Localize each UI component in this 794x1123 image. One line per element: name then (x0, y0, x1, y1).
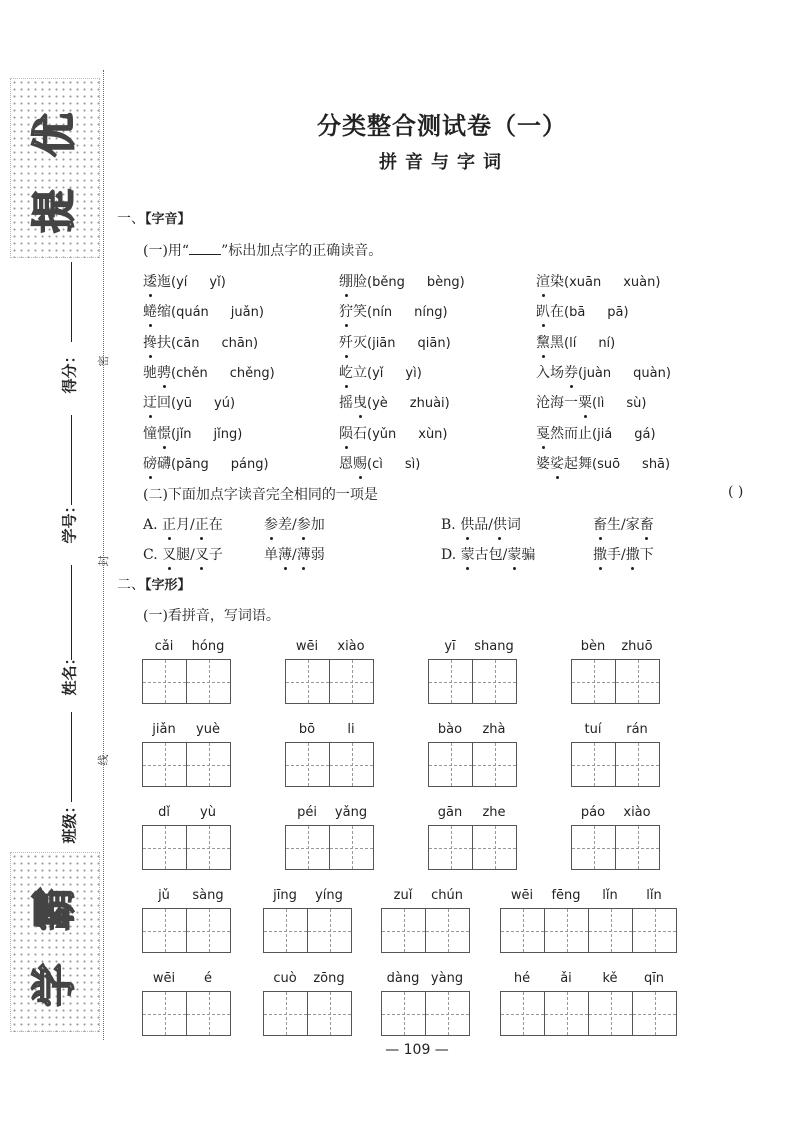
writing-grid: wēié (142, 970, 231, 1036)
dotted-char: 骋 (157, 362, 171, 382)
pronunciation-item[interactable]: 恩赐(cìsì) (339, 453, 420, 473)
dotted-char: 屹 (339, 362, 353, 382)
writing-grid: wēixiào (285, 638, 374, 704)
pronunciation-item[interactable]: 迂回(yūyú) (143, 392, 235, 412)
pinyin-row: gānzhe (428, 804, 517, 822)
writing-cell[interactable] (426, 909, 470, 952)
paren-close: ) (624, 305, 629, 320)
writing-grid: zuǐchún (381, 887, 470, 953)
writing-cell[interactable] (187, 660, 231, 703)
pinyin-option-2[interactable]: páng (231, 457, 264, 472)
pinyin-option-2[interactable]: sì (405, 457, 415, 472)
banner-char: 霸 (27, 881, 83, 937)
score-field[interactable] (71, 262, 72, 342)
writing-cell[interactable] (429, 743, 473, 786)
pinyin-row: zuǐchún (381, 887, 470, 905)
writing-cell[interactable] (264, 909, 308, 952)
writing-grid: péiyǎng (285, 804, 374, 870)
section-heading-zi-xing: 二、【字形】 (117, 574, 191, 594)
dotted-char: 趴 (536, 301, 550, 321)
option-word: 畜生/家畜 (593, 517, 654, 533)
pinyin-option-2[interactable]: zhuài (410, 396, 445, 411)
section-tag: 【字形】 (145, 578, 191, 593)
pronunciation-item[interactable]: 逶迤(yíyǐ) (143, 271, 226, 291)
pinyin-syllable: lǐn (588, 887, 632, 905)
pinyin-syllable: wēi (142, 970, 186, 988)
pinyin-syllable: péi (285, 804, 329, 822)
option-d[interactable]: D. 蒙古包/蒙骗 (441, 544, 535, 564)
pronunciation-item[interactable]: 摇曳(yèzhuài) (339, 392, 450, 412)
writing-cell[interactable] (572, 743, 616, 786)
dotted-char: 迂 (143, 392, 157, 412)
writing-grid: jīngyíng (263, 887, 352, 953)
pinyin-option-2[interactable]: chěng (230, 366, 270, 381)
word-post: 扶 (157, 335, 171, 351)
pinyin-option-2[interactable]: chān (221, 336, 253, 351)
paren-close: ) (253, 336, 258, 351)
pinyin-option-1[interactable]: yū (176, 396, 192, 411)
writing-cell[interactable] (308, 992, 352, 1035)
tianzige-cells (285, 659, 374, 704)
word-post: 灭 (353, 335, 367, 351)
pinyin-syllable: jiǎn (142, 721, 186, 739)
pinyin-syllable: yuè (186, 721, 230, 739)
writing-cell[interactable] (429, 826, 473, 869)
word-post: 迤 (157, 274, 171, 290)
writing-cell[interactable] (143, 743, 187, 786)
pinyin-option-1[interactable]: xuān (569, 275, 601, 290)
paren-close: ) (641, 396, 646, 411)
pinyin-option-1[interactable]: pāng (176, 457, 209, 472)
pinyin-option-2[interactable]: yì (405, 366, 416, 381)
banner-char: 提 (27, 183, 83, 239)
name-label: 姓名： (59, 666, 80, 696)
writing-cell[interactable] (187, 992, 231, 1035)
dotted-char: 曳 (353, 392, 367, 412)
pronunciation-item[interactable]: 憧憬(jǐnjǐng) (143, 423, 242, 443)
writing-cell[interactable] (308, 909, 352, 952)
tianzige-cells (500, 991, 677, 1036)
option-letter: B. (441, 517, 456, 533)
pinyin-option-1[interactable]: yǐ (372, 366, 383, 381)
pinyin-syllable: dǐ (142, 804, 186, 822)
pinyin-row: dàngyàng (381, 970, 470, 988)
pinyin-syllable: yíng (307, 887, 351, 905)
tianzige-cells (428, 742, 517, 787)
writing-cell[interactable] (473, 826, 517, 869)
pinyin-syllable: shang (472, 638, 516, 656)
option-word: 正月/正在 (162, 517, 223, 533)
pinyin-syllable: bō (285, 721, 329, 739)
option-letter: C. (143, 547, 158, 563)
word-post: 回 (157, 395, 171, 411)
pinyin-row: cǎihóng (142, 638, 231, 656)
pinyin-option-1[interactable]: cān (176, 336, 199, 351)
paren-close: ) (666, 366, 671, 381)
dotted-char: 蜷 (143, 301, 157, 321)
paren-close: ) (460, 275, 465, 290)
writing-cell[interactable] (572, 660, 616, 703)
writing-grid: tuírán (571, 721, 660, 787)
pinyin-option-1[interactable]: běng (372, 275, 405, 290)
pinyin-row: jiǎnyuè (142, 721, 231, 739)
pinyin-syllable: chún (425, 887, 469, 905)
pronunciation-item[interactable]: 婆娑起舞(suōshā) (536, 453, 670, 473)
writing-cell[interactable] (616, 826, 660, 869)
pinyin-option-2[interactable]: ní (598, 336, 610, 351)
pronunciation-item[interactable]: 驰骋(chěnchěng) (143, 362, 275, 382)
paren-close: ) (446, 336, 451, 351)
option-d-word2: 撒手/撒下 (593, 544, 654, 564)
word-post: 缩 (157, 304, 171, 320)
tianzige-cells (285, 742, 374, 787)
option-word: 供品/供词 (460, 517, 521, 533)
dotted-char: 券 (564, 362, 578, 382)
writing-cell[interactable] (589, 909, 633, 952)
word-post: 立 (353, 365, 367, 381)
pinyin-row: yīshang (428, 638, 517, 656)
pinyin-option-2[interactable]: gá (634, 427, 650, 442)
pronunciation-item[interactable]: 屹立(yǐyì) (339, 362, 422, 382)
student-id-field[interactable] (71, 415, 72, 505)
pronunciation-item[interactable]: 趴在(bāpā) (536, 301, 629, 321)
writing-cell[interactable] (545, 909, 589, 952)
pinyin-option-1[interactable]: jiān (372, 336, 395, 351)
writing-grid: dàngyàng (381, 970, 470, 1036)
dotted-char: 娑 (550, 453, 564, 473)
pinyin-option-1[interactable]: chěn (176, 366, 208, 381)
option-letter: A. (143, 517, 158, 533)
pinyin-row: cuòzōng (263, 970, 352, 988)
tianzige-cells (381, 991, 470, 1036)
writing-cell[interactable] (187, 743, 231, 786)
dotted-char: 渲 (536, 271, 550, 291)
banner-char: 学 (27, 957, 83, 1013)
pinyin-option-1[interactable]: yí (176, 275, 187, 290)
writing-cell[interactable] (187, 826, 231, 869)
writing-cell[interactable] (330, 660, 374, 703)
writing-grid: cuòzōng (263, 970, 352, 1036)
question-part2: (二)下面加点字读音完全相同的一项是 (143, 484, 378, 504)
dotted-char: 绷 (339, 271, 353, 291)
writing-cell[interactable] (286, 660, 330, 703)
option-c[interactable]: C. 叉腿/叉子 (143, 544, 223, 564)
pinyin-option-2[interactable]: qiān (418, 336, 446, 351)
pinyin-syllable: fēng (544, 887, 588, 905)
pinyin-row: wēixiào (285, 638, 374, 656)
word-post: 笑 (353, 304, 367, 320)
page-number: — 109 — (0, 1042, 794, 1058)
dotted-char: 狞 (339, 301, 353, 321)
paren-close: ) (655, 275, 660, 290)
instr-text: ”标出加点字的正确读音。 (221, 243, 382, 259)
pronunciation-item[interactable]: 蜷缩(quánjuǎn) (143, 301, 264, 321)
writing-cell[interactable] (286, 826, 330, 869)
writing-grid: wēifēnglǐnlǐn (500, 887, 677, 953)
tianzige-cells (500, 908, 677, 953)
pinyin-option-2[interactable]: xùn (418, 427, 442, 442)
option-letter: D. (441, 547, 456, 563)
pinyin-syllable: rán (615, 721, 659, 739)
writing-cell[interactable] (633, 909, 677, 952)
student-id-label: 学号： (59, 514, 80, 544)
pinyin-syllable: zuǐ (381, 887, 425, 905)
writing-cell[interactable] (143, 826, 187, 869)
pinyin-option-1[interactable]: cì (372, 457, 383, 472)
writing-cell[interactable] (589, 992, 633, 1035)
pinyin-option-1[interactable]: lí (569, 336, 576, 351)
pronunciation-item[interactable]: 戛然而止(jiágá) (536, 423, 656, 443)
word-pre: 驰 (143, 365, 157, 381)
class-label: 班级： (59, 814, 80, 844)
writing-grid: héǎikěqīn (500, 970, 677, 1036)
pinyin-option-1[interactable]: jǐn (176, 427, 191, 442)
option-word: 单薄/薄弱 (264, 547, 325, 563)
pinyin-row: tuírán (571, 721, 660, 739)
option-word: 蒙古包/蒙骗 (461, 547, 536, 563)
pinyin-option-2[interactable]: bèng (427, 275, 460, 290)
pronunciation-item[interactable]: 磅礴(pāngpáng) (143, 453, 269, 473)
tianzige-cells (428, 659, 517, 704)
pinyin-syllable: zhuō (615, 638, 659, 656)
pinyin-syllable: zhà (472, 721, 516, 739)
writing-grid: jǔsàng (142, 887, 231, 953)
writing-cell[interactable] (473, 660, 517, 703)
tianzige-cells (285, 825, 374, 870)
pinyin-option-1[interactable]: lì (597, 396, 604, 411)
pinyin-row: péiyǎng (285, 804, 374, 822)
pinyin-option-1[interactable]: yè (372, 396, 388, 411)
paren-close: ) (415, 457, 420, 472)
cut-mark-feng: 封 (95, 553, 111, 569)
pinyin-syllable: xiào (329, 638, 373, 656)
tianzige-cells (142, 991, 231, 1036)
paren-close: ) (665, 457, 670, 472)
pinyin-row: wēié (142, 970, 231, 988)
pinyin-syllable: bào (428, 721, 472, 739)
score-label: 得分： (59, 364, 80, 394)
writing-grid: bènzhuō (571, 638, 660, 704)
writing-cell[interactable] (572, 826, 616, 869)
tianzige-cells (381, 908, 470, 953)
option-a-word2: 参差/参加 (264, 514, 325, 534)
writing-cell[interactable] (286, 743, 330, 786)
pinyin-syllable: zōng (307, 970, 351, 988)
writing-cell[interactable] (426, 992, 470, 1035)
pinyin-syllable: dàng (381, 970, 425, 988)
pinyin-syllable: yī (428, 638, 472, 656)
pinyin-option-2[interactable]: jǐng (214, 427, 238, 442)
writing-cell[interactable] (187, 909, 231, 952)
word-post: 在 (550, 304, 564, 320)
word-post: 石 (353, 426, 367, 442)
paren-close: ) (259, 305, 264, 320)
answer-blank[interactable]: ( ) (728, 484, 743, 500)
section-tag: 【字音】 (145, 212, 191, 227)
writing-cell[interactable] (429, 660, 473, 703)
pinyin-syllable: cuò (263, 970, 307, 988)
paren-close: ) (610, 336, 615, 351)
pinyin-row: dǐyù (142, 804, 231, 822)
writing-cell[interactable] (501, 992, 545, 1035)
pinyin-syllable: lǐn (632, 887, 676, 905)
pinyin-syllable: wēi (285, 638, 329, 656)
pinyin-syllable: yù (186, 804, 230, 822)
writing-cell[interactable] (264, 992, 308, 1035)
pinyin-syllable: jǔ (142, 887, 186, 905)
pinyin-option-2[interactable]: shā (642, 457, 665, 472)
pinyin-option-2[interactable]: yǐ (209, 275, 220, 290)
word-pre: 摇 (339, 395, 353, 411)
pinyin-option-2[interactable]: juǎn (231, 305, 259, 320)
instruction-part1: (一)用“”标出加点字的正确读音。 (143, 240, 382, 260)
option-a[interactable]: A. 正月/正在 (143, 514, 223, 534)
section-number: 一、 (117, 211, 145, 227)
dotted-char: 磅 (143, 453, 157, 473)
dotted-char: 赐 (353, 453, 367, 473)
pinyin-row: jīngyíng (263, 887, 352, 905)
tianzige-cells (428, 825, 517, 870)
pinyin-syllable: é (186, 970, 230, 988)
tianzige-cells (571, 659, 660, 704)
pronunciation-item[interactable]: 黧黑(líní) (536, 332, 615, 352)
option-c-word2: 单薄/薄弱 (264, 544, 325, 564)
paren-close: ) (442, 427, 447, 442)
pinyin-syllable: jīng (263, 887, 307, 905)
pinyin-syllable: xiào (615, 804, 659, 822)
pronunciation-item[interactable]: 搀扶(cānchān) (143, 332, 258, 352)
pinyin-option-1[interactable]: quán (176, 305, 209, 320)
word-post: 脸 (353, 274, 367, 290)
pronunciation-item[interactable]: 狞笑(nínníng) (339, 301, 448, 321)
tianzige-cells (142, 742, 231, 787)
pronunciation-item[interactable]: 歼灭(jiānqiān) (339, 332, 451, 352)
pinyin-option-2[interactable]: pā (607, 305, 623, 320)
pinyin-option-2[interactable]: sù (626, 396, 641, 411)
word-pre: 入场 (536, 365, 564, 381)
paren-close: ) (445, 396, 450, 411)
pinyin-syllable: hé (500, 970, 544, 988)
writing-cell[interactable] (382, 909, 426, 952)
writing-grid: cǎihóng (142, 638, 231, 704)
option-word: 撒手/撒下 (593, 547, 654, 563)
pinyin-syllable: zhe (472, 804, 516, 822)
writing-cell[interactable] (143, 660, 187, 703)
pronunciation-item[interactable]: 绷脸(běngbèng) (339, 271, 465, 291)
pinyin-syllable: cǎi (142, 638, 186, 656)
pinyin-syllable: yàng (425, 970, 469, 988)
writing-grid: bōli (285, 721, 374, 787)
word-pre: 憧 (143, 426, 157, 442)
paren-close: ) (270, 366, 275, 381)
word-post: 起舞 (564, 456, 592, 472)
underline-sample (189, 242, 221, 255)
writing-cell[interactable] (633, 992, 677, 1035)
pinyin-option-2[interactable]: yú (214, 396, 230, 411)
writing-grid: bàozhà (428, 721, 517, 787)
pinyin-option-1[interactable]: juàn (583, 366, 611, 381)
pinyin-option-2[interactable]: níng (414, 305, 442, 320)
writing-cell[interactable] (143, 909, 187, 952)
writing-cell[interactable] (616, 743, 660, 786)
writing-cell[interactable] (382, 992, 426, 1035)
pinyin-syllable: sàng (186, 887, 230, 905)
word-pre: 恩 (339, 456, 353, 472)
section-number: 二、 (117, 577, 145, 593)
pinyin-option-2[interactable]: xuàn (623, 275, 655, 290)
dotted-char: 歼 (339, 332, 353, 352)
dotted-char: 戛 (536, 423, 550, 443)
pinyin-option-1[interactable]: nín (372, 305, 392, 320)
pronunciation-item[interactable]: 渲染(xuānxuàn) (536, 271, 660, 291)
pinyin-option-1[interactable]: bā (569, 305, 585, 320)
writing-grid: dǐyù (142, 804, 231, 870)
writing-grid: páoxiào (571, 804, 660, 870)
pinyin-syllable: tuí (571, 721, 615, 739)
section-heading-zi-yin: 一、【字音】 (117, 208, 191, 228)
dotted-char: 搀 (143, 332, 157, 352)
tianzige-cells (142, 659, 231, 704)
paren-close: ) (417, 366, 422, 381)
pinyin-syllable: páo (571, 804, 615, 822)
word-post: 黑 (550, 335, 564, 351)
pinyin-option-1[interactable]: jiá (597, 427, 612, 442)
dotted-char: 粟 (578, 392, 592, 412)
writing-cell[interactable] (473, 743, 517, 786)
pinyin-option-1[interactable]: suō (597, 457, 620, 472)
name-field[interactable] (71, 565, 72, 660)
writing-grid: jiǎnyuè (142, 721, 231, 787)
pronunciation-item[interactable]: 沧海一粟(lìsù) (536, 392, 646, 412)
pinyin-row: jǔsàng (142, 887, 231, 905)
option-word: 参差/参加 (264, 517, 325, 533)
writing-grid: gānzhe (428, 804, 517, 870)
writing-cell[interactable] (143, 992, 187, 1035)
writing-cell[interactable] (330, 743, 374, 786)
paren-close: ) (237, 427, 242, 442)
pinyin-row: wēifēnglǐnlǐn (500, 887, 677, 905)
pinyin-syllable: wēi (500, 887, 544, 905)
tianzige-cells (571, 742, 660, 787)
writing-cell[interactable] (330, 826, 374, 869)
dotted-char: 黧 (536, 332, 550, 352)
tianzige-cells (142, 908, 231, 953)
writing-cell[interactable] (545, 992, 589, 1035)
tianzige-cells (571, 825, 660, 870)
writing-grid: yīshang (428, 638, 517, 704)
pinyin-syllable: hóng (186, 638, 230, 656)
instruction-write-words: (一)看拼音，写词语。 (143, 605, 280, 625)
pinyin-syllable: kě (588, 970, 632, 988)
writing-cell[interactable] (616, 660, 660, 703)
writing-cell[interactable] (501, 909, 545, 952)
page-title: 分类整合测试卷（一） (0, 106, 794, 141)
pinyin-syllable: qīn (632, 970, 676, 988)
class-field[interactable] (71, 712, 72, 802)
paren-close: ) (264, 457, 269, 472)
pinyin-option-2[interactable]: quàn (633, 366, 666, 381)
pronunciation-item[interactable]: 入场券(juànquàn) (536, 362, 671, 382)
option-b[interactable]: B. 供品/供词 (441, 514, 521, 534)
option-b-word2: 畜生/家畜 (593, 514, 654, 534)
pronunciation-item[interactable]: 陨石(yǔnxùn) (339, 423, 448, 443)
pinyin-option-1[interactable]: yǔn (372, 427, 396, 442)
word-post: 然而止 (550, 426, 592, 442)
dotted-char: 陨 (339, 423, 353, 443)
tianzige-cells (142, 825, 231, 870)
cut-mark-mi: 密 (95, 353, 111, 369)
pinyin-syllable: li (329, 721, 373, 739)
